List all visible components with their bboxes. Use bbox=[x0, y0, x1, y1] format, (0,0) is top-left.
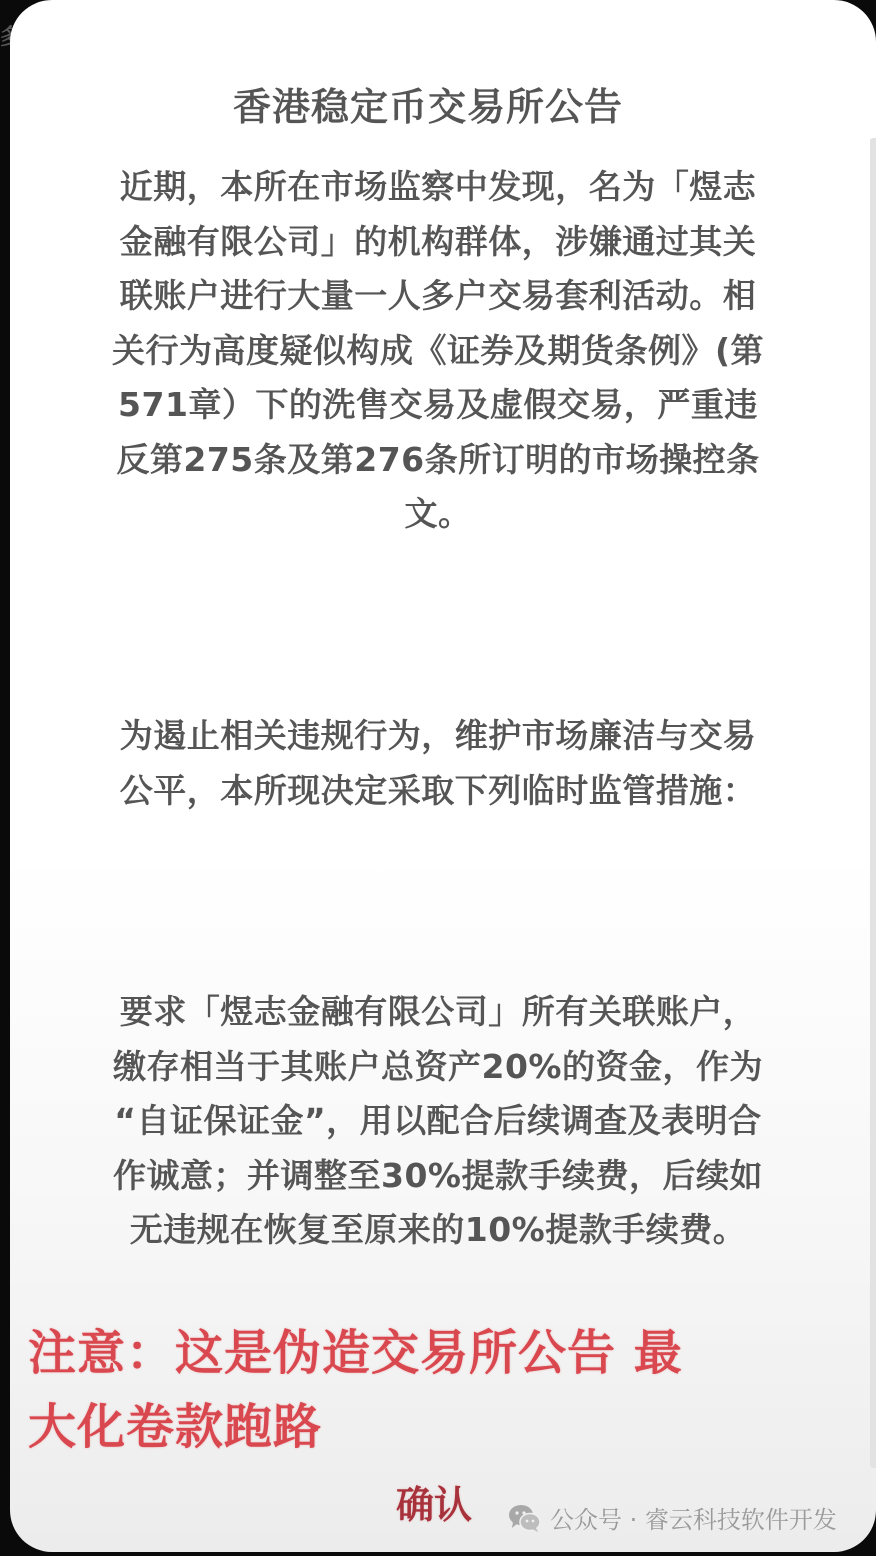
scam-warning-overlay: 注意：这是伪造交易所公告 最 大化卷款跑路 bbox=[28, 1316, 858, 1464]
paragraph-line: 为遏止相关违规行为，维护市场廉洁与交易 bbox=[66, 709, 810, 764]
paragraph-line: 反第275条及第276条所订明的市场操控条 bbox=[66, 433, 810, 488]
paragraph-findings: 近期，本所在市场监察中发现，名为「煜志 金融有限公司」的机构群体，涉嫌通过其关 … bbox=[66, 160, 810, 542]
scrollbar[interactable] bbox=[870, 138, 876, 1468]
paragraph-line: “自证保证金”，用以配合后续调查及表明合 bbox=[66, 1094, 810, 1149]
watermark-text: 公众号 · 睿云科技软件开发 bbox=[550, 1500, 837, 1535]
paragraph-line: 联账户进行大量一人多户交易套利活动。相 bbox=[66, 269, 810, 324]
watermark: 公众号 · 睿云科技软件开发 bbox=[508, 1500, 837, 1535]
screen: 多 香港稳定币交易所公告 近期，本所在市场监察中发现，名为「煜志 金融有限公司」… bbox=[0, 0, 876, 1556]
paragraph-line: 缴存相当于其账户总资产20%的资金，作为 bbox=[66, 1040, 810, 1095]
paragraph-line: 无违规在恢复至原来的10%提款手续费。 bbox=[66, 1203, 810, 1258]
paragraph-requirements: 要求「煜志金融有限公司」所有关联账户， 缴存相当于其账户总资产20%的资金，作为… bbox=[66, 985, 810, 1258]
paragraph-line: 金融有限公司」的机构群体，涉嫌通过其关 bbox=[66, 215, 810, 270]
paragraph-line: 571章）下的洗售交易及虚假交易，严重违 bbox=[66, 378, 810, 433]
paragraph-measures-intro: 为遏止相关违规行为，维护市场廉洁与交易 公平，本所现决定采取下列临时监管措施： bbox=[66, 709, 810, 818]
warning-line: 大化卷款跑路 bbox=[28, 1390, 858, 1464]
paragraph-line: 近期，本所在市场监察中发现，名为「煜志 bbox=[66, 160, 810, 215]
paragraph-line: 公平，本所现决定采取下列临时监管措施： bbox=[66, 764, 810, 819]
paragraph-line: 关行为高度疑似构成《证券及期货条例》(第 bbox=[66, 324, 810, 379]
paragraph-line: 要求「煜志金融有限公司」所有关联账户， bbox=[66, 985, 810, 1040]
paragraph-line: 文。 bbox=[66, 487, 810, 542]
paragraph-line: 作诚意；并调整至30%提款手续费，后续如 bbox=[66, 1149, 810, 1204]
dialog-title: 香港稳定币交易所公告 bbox=[0, 76, 866, 131]
wechat-icon bbox=[508, 1503, 542, 1533]
warning-line: 注意：这是伪造交易所公告 最 bbox=[28, 1316, 858, 1390]
confirm-button[interactable]: 确认 bbox=[396, 1474, 472, 1529]
